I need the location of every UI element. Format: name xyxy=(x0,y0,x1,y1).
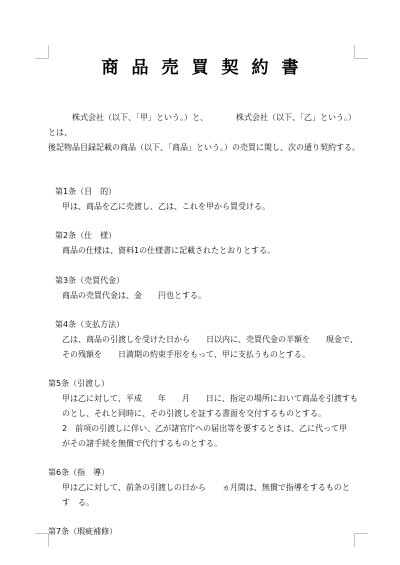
article-5: 第5条（引渡し）甲は乙に対して、平成 年 月 日に、指定の場所において商品を引渡… xyxy=(48,377,360,451)
article-heading: 第5条（引渡し） xyxy=(48,377,360,392)
article-heading: 第7条（瑕疵補修） xyxy=(48,525,360,540)
article-heading: 第6条（指 導） xyxy=(48,466,360,481)
contract-page: 商品売買契約書 株式会社（以下、「甲」という。）と、 株式会社（以下、「乙」とい… xyxy=(0,0,400,565)
article-body-line: のとし、それと同時に、その引渡しを証する書面を交付するものとする。 xyxy=(48,407,360,422)
article-heading: 第2条（仕 様） xyxy=(48,229,360,244)
article-body-line: す る。 xyxy=(48,496,360,511)
article-body-line: 2 前項の引渡しに伴い、乙が諸官庁への届出等を要するときは、乙に代って甲 xyxy=(48,422,360,437)
document-body: 株式会社（以下、「甲」という。）と、 株式会社（以下、「乙」という。）とは、 後… xyxy=(48,111,360,540)
document-title: 商品売買契約書 xyxy=(0,53,400,78)
article-3: 第3条（売買代金）商品の売買代金は、金 円也とする。 xyxy=(48,274,360,304)
article-body-line: 乙は、商品の引渡しを受けた日から 日以内に、売買代金の半額を 現金で、 xyxy=(48,333,360,348)
article-body-line: その残額を 日満期の約束手形をもって、甲に支払うものとする。 xyxy=(48,348,360,363)
article-1: 第1条（目 的）甲は、商品を乙に売渡し、乙は、これを甲から買受ける。 xyxy=(48,185,360,215)
preamble: 株式会社（以下、「甲」という。）と、 株式会社（以下、「乙」という。）とは、 後… xyxy=(48,111,360,155)
article-heading: 第3条（売買代金） xyxy=(48,274,360,289)
preamble-line: 株式会社（以下、「甲」という。）と、 株式会社（以下、「乙」という。）とは、 xyxy=(48,111,360,141)
preamble-line: 後記物品目録記載の商品（以下、「商品」という。）の売買に関し、次の通り契約する。 xyxy=(48,141,360,156)
article-body-line: がその諸手続を無償で代行するものとする。 xyxy=(48,437,360,452)
article-body-line: 甲は乙に対して、平成 年 月 日に、指定の場所において商品を引渡すも xyxy=(48,392,360,407)
articles-list: 第1条（目 的）甲は、商品を乙に売渡し、乙は、これを甲から買受ける。第2条（仕 … xyxy=(48,185,360,540)
article-body-line: 商品の仕様は、資料1の仕様書に記載されたとおりとする。 xyxy=(48,244,360,259)
article-heading: 第1条（目 的） xyxy=(48,185,360,200)
margin-corner-mark-bottom-left xyxy=(35,533,49,547)
article-2: 第2条（仕 様）商品の仕様は、資料1の仕様書に記載されたとおりとする。 xyxy=(48,229,360,259)
article-4: 第4条（支払方法）乙は、商品の引渡しを受けた日から 日以内に、売買代金の半額を … xyxy=(48,318,360,362)
article-body-line: 商品の売買代金は、金 円也とする。 xyxy=(48,289,360,304)
article-heading: 第4条（支払方法） xyxy=(48,318,360,333)
article-6: 第6条（指 導）甲は乙に対して、前条の引渡しの日から ヵ月間は、無償で指導をする… xyxy=(48,466,360,510)
article-body-line: 甲は、商品を乙に売渡し、乙は、これを甲から買受ける。 xyxy=(48,200,360,215)
article-7: 第7条（瑕疵補修） xyxy=(48,525,360,540)
article-body-line: 甲は乙に対して、前条の引渡しの日から ヵ月間は、無償で指導をするものと xyxy=(48,481,360,496)
